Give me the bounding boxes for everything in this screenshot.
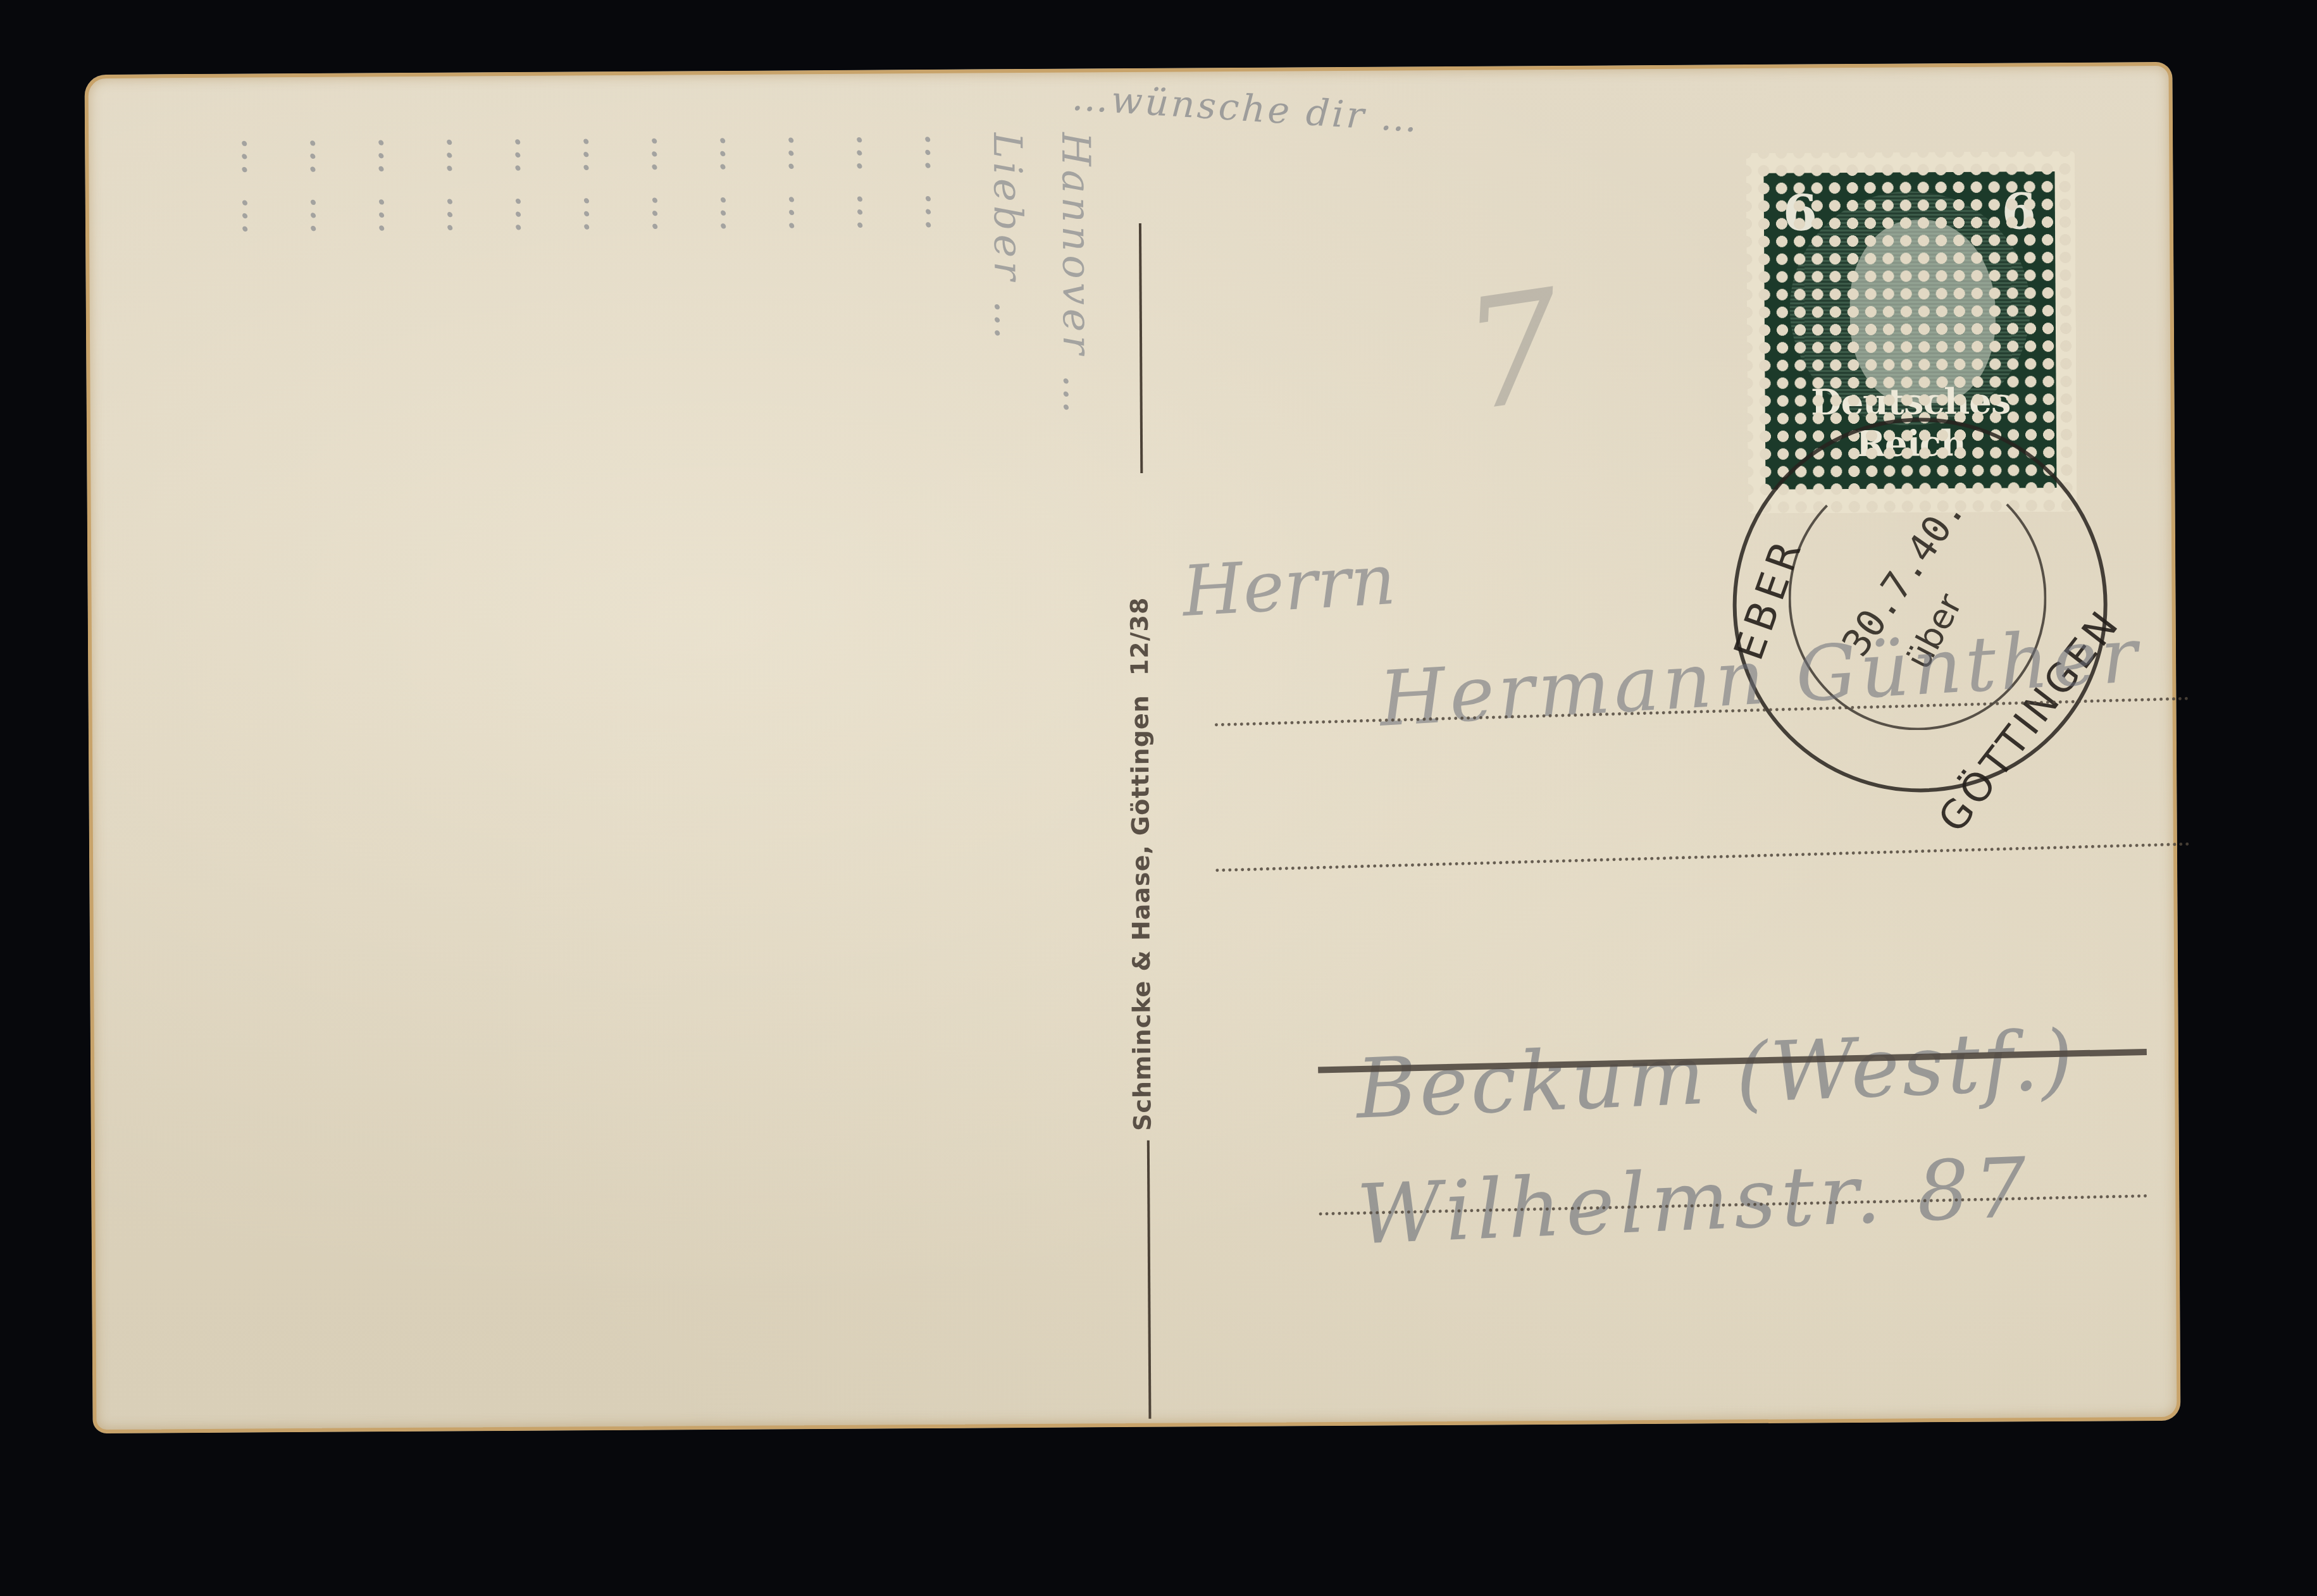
message-line: … … (358, 136, 434, 1389)
publisher-imprint: Schmincke & Haase, Göttingen12/38 (1124, 486, 1164, 1131)
publisher-code: 12/38 (1126, 597, 1154, 676)
message-line: … … (768, 133, 844, 1387)
address-salutation: Herrn (1180, 539, 1398, 632)
message-line: … … (631, 134, 707, 1387)
stamp-value: 6 (1783, 184, 1818, 242)
message-line: … … (290, 136, 366, 1389)
postcard: Hannover … Lieber … … … … … … … … … … … … (84, 62, 2180, 1433)
address-city: Beckum (Westf.) (1355, 1011, 2078, 1137)
divider-line (1139, 223, 1143, 473)
message-line: … … (905, 133, 981, 1386)
address-line (1215, 843, 2190, 872)
message-line: … … (221, 137, 297, 1390)
stamp-value: 6 (2001, 183, 2036, 240)
message-lines: Hannover … Lieber … … … … … … … … … … … … (148, 132, 1117, 1390)
message-line: … … (700, 134, 776, 1387)
message-line: … … (426, 135, 502, 1389)
pencil-mark: 7 (1453, 256, 1575, 445)
message-line: … … (495, 135, 571, 1388)
message-line: Hannover … (1041, 132, 1117, 1385)
portrait-icon (1849, 220, 1996, 404)
divider-line (1147, 1141, 1152, 1419)
message-line: … … (563, 135, 639, 1388)
message-line: Lieber … (973, 132, 1049, 1385)
postmark: EBER 30.7.40. über GÖTTINGEN (1732, 417, 2109, 794)
publisher-name: Schmincke & Haase, Göttingen (1126, 695, 1156, 1131)
pencil-note: …wünsche dir … (1071, 75, 1421, 140)
message-line: … … (836, 133, 912, 1386)
handwritten-message: Hannover … Lieber … … … … … … … … … … … … (123, 106, 1117, 1390)
